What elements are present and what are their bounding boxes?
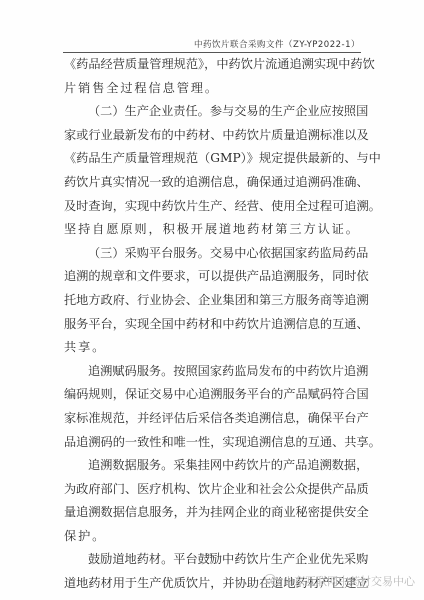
body-text-line: 量追溯数据信息服务，并为挂网企业的商业秘密提供安全 [64,501,361,525]
body-text-line: 保护。 [64,525,361,549]
body-text-line: 鼓励道地药材。平台鼓励中药饮片生产企业优先采购 [64,548,361,572]
page-number: 35 [206,554,213,560]
body-text-line: 家或行业最新发布的中药材、中药饮片质量追溯标准以及 [64,124,361,148]
body-text-line: 家标准规范，并经评估后采信各类追溯信息，确保平台产 [64,407,361,431]
body-text-line: 片销售全过程信息管理。 [64,77,361,101]
body-text-line: 《药品经营质量管理规范》，中药饮片流通追溯实现中药饮 [64,53,361,77]
body-text-line: 追溯的规章和文件要求，可以提供产品追溯服务，同时依 [64,265,361,289]
body-text-line: 为政府部门、医疗机构、饮片企业和社会公众提供产品质 [64,478,361,502]
body-text-line: 品追溯码的一致性和唯一性，实现追溯信息的互通、共享。 [64,431,361,455]
document-page: 中药饮片联合采购文件（ZY-YP2022-1） 《药品经营质量管理规范》，中药饮… [0,0,424,600]
body-text-line: 服务平台，实现全国中药材和中药饮片追溯信息的互通、 [64,313,361,337]
wechat-icon [264,573,280,589]
body-text-line: （三）采购平台服务。交易中心依据国家药监局药品 [64,242,361,266]
document-header-title: 中药饮片联合采购文件（ZY-YP2022-1） [194,38,360,50]
body-text-line: 托地方政府、行业协会、企业集团和第三方服务商等追溯 [64,289,361,313]
body-text-line: 《药品生产质量管理规范（GMP）》规定提供最新的、与中 [64,147,361,171]
body-text-line: 坚持自愿原则，积极开展道地药材第三方认证。 [64,218,361,242]
body-text-line: 追溯赋码服务。按照国家药监局发布的中药饮片追溯 [64,360,361,384]
document-body: 《药品经营质量管理规范》，中药饮片流通追溯实现中药饮片销售全过程信息管理。（二）… [64,53,361,596]
body-text-line: 追溯数据服务。采集挂网中药饮片的产品追溯数据， [64,454,361,478]
watermark-text: 山东互联网中药材交易中心 [283,573,415,589]
body-text-line: 药饮片真实情况一致的追溯信息，确保通过追溯码准确、 [64,171,361,195]
body-text-line: （二）生产企业责任。参与交易的生产企业应按照国 [64,100,361,124]
body-text-line: 编码规则，保证交易中心追溯服务平台的产品赋码符合国 [64,383,361,407]
watermark: 山东互联网中药材交易中心 [264,573,415,589]
body-text-line: 及时查询，实现中药饮片生产、经营、使用全过程可追溯。 [64,195,361,219]
body-text-line: 共享。 [64,336,361,360]
